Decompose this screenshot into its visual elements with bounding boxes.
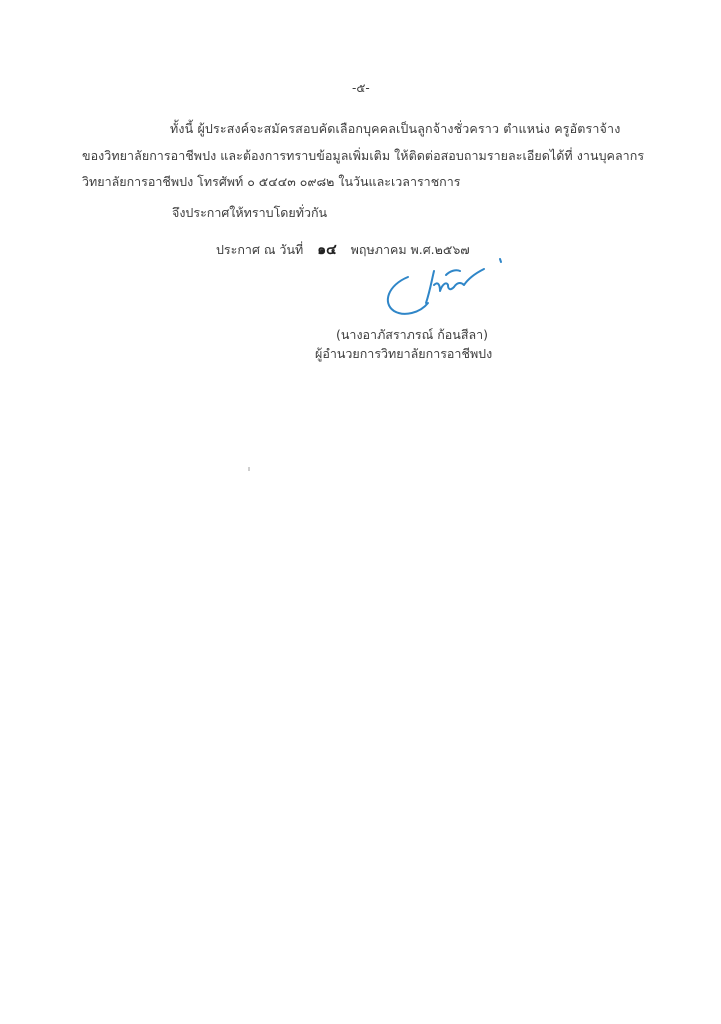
signer-title: ผู้อำนวยการวิทยาลัยการอาชีพปง [315, 346, 492, 362]
scan-artifact [248, 467, 250, 471]
paragraph-line-2: ของวิทยาลัยการอาชีพปง และต้องการทราบข้อม… [82, 148, 644, 164]
closing-statement: จึงประกาศให้ทราบโดยทั่วกัน [172, 205, 327, 221]
page-number: -๕- [352, 80, 370, 96]
paragraph-line-3: วิทยาลัยการอาชีพปง โทรศัพท์ ๐ ๕๔๔๓ ๐๙๘๒ … [82, 174, 460, 190]
date-prefix: ประกาศ ณ วันที่ [216, 242, 303, 257]
signer-name: (นางอาภัสราภรณ์ ก้อนสีลา) [336, 327, 488, 343]
document-page: -๕- ทั้งนี้ ผู้ประสงค์จะสมัครสอบคัดเลือก… [0, 0, 721, 1024]
date-day: ๑๔ [317, 242, 336, 258]
signature-icon [380, 255, 520, 325]
paragraph-line-1: ทั้งนี้ ผู้ประสงค์จะสมัครสอบคัดเลือกบุคค… [170, 121, 620, 137]
